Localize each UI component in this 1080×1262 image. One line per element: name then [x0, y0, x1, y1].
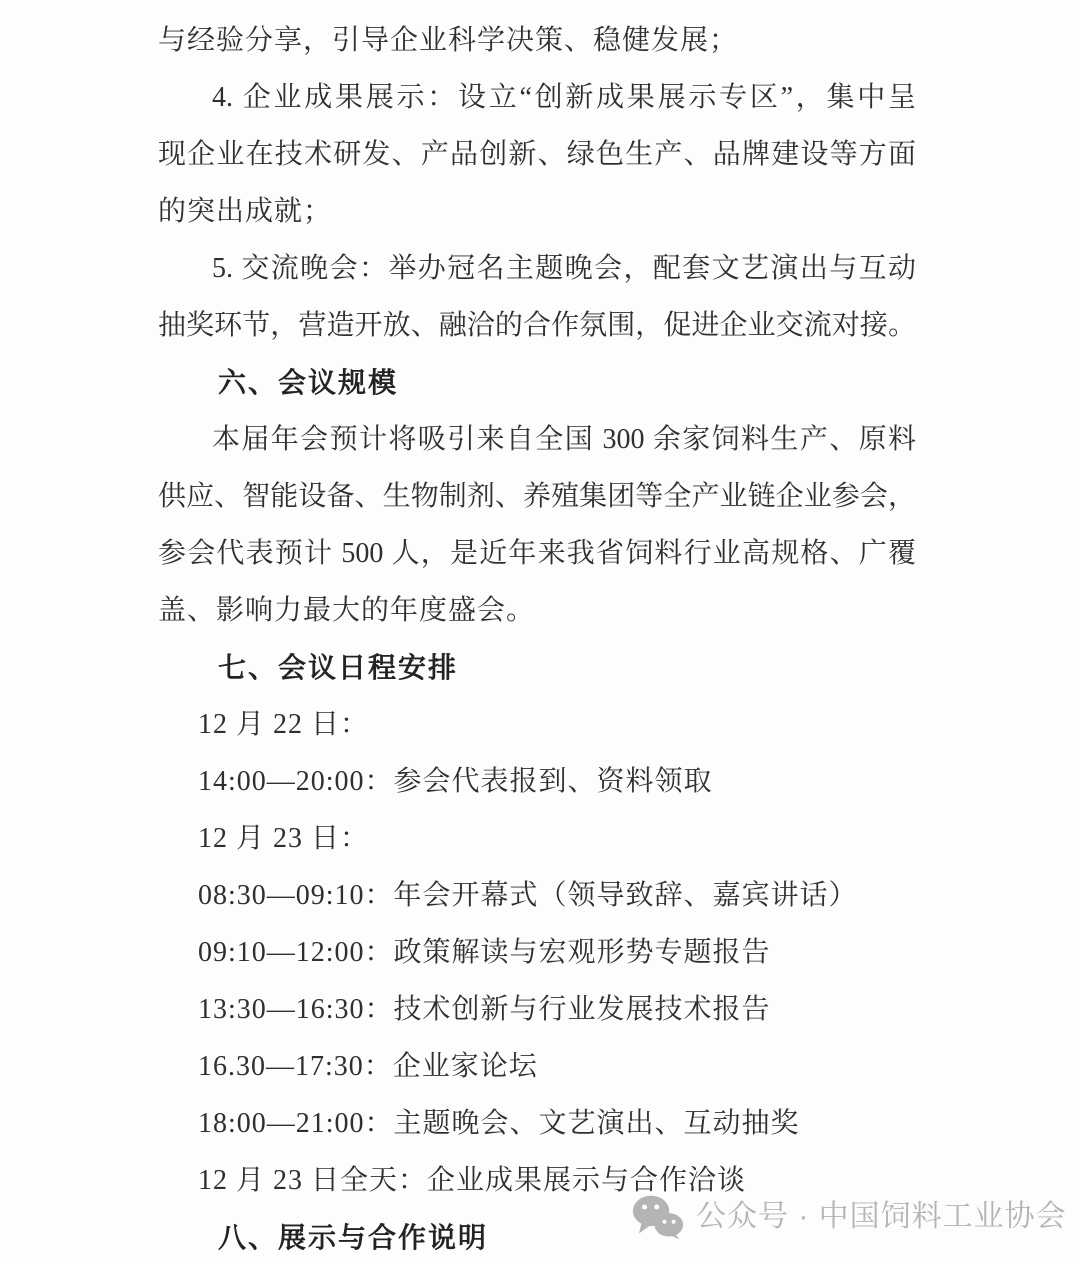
document-line: 本届年会预计将吸引来自全国 300 余家饲料生产、原料 — [158, 411, 916, 468]
document-line: 现企业在技术研发、产品创新、绿色生产、品牌建设等方面 — [158, 126, 916, 183]
document-line: 参会代表预计 500 人，是近年来我省饲料行业高规格、广覆 — [158, 525, 916, 582]
document-line: 与经验分享，引导企业科学决策、稳健发展； — [158, 12, 916, 69]
document-line: 5. 交流晚会：举办冠名主题晚会，配套文艺演出与互动 — [158, 240, 916, 297]
schedule-item: 08:30—09:10：年会开幕式（领导致辞、嘉宾讲话） — [158, 867, 916, 924]
wechat-icon — [632, 1194, 684, 1240]
document-line: 供应、智能设备、生物制剂、养殖集团等全产业链企业参会， — [158, 468, 916, 525]
schedule-date: 12 月 22 日： — [158, 696, 916, 753]
schedule-item: 16.30—17:30：企业家论坛 — [158, 1038, 916, 1095]
watermark-label: 公众号 · 中国饲料工业协会 — [696, 1194, 1067, 1240]
document-line: 抽奖环节，营造开放、融洽的合作氛围，促进企业交流对接。 — [158, 297, 916, 354]
watermark: 公众号 · 中国饲料工业协会 — [632, 1194, 1067, 1240]
schedule-item: 18:00—21:00：主题晚会、文艺演出、互动抽奖 — [158, 1095, 916, 1152]
section-heading-agenda: 七、会议日程安排 — [158, 639, 916, 696]
schedule-date: 12 月 23 日： — [158, 810, 916, 867]
section-heading-meeting-scale: 六、会议规模 — [158, 354, 916, 411]
document-line: 4. 企业成果展示：设立“创新成果展示专区”，集中呈 — [158, 69, 916, 126]
document-body: 与经验分享，引导企业科学决策、稳健发展； 4. 企业成果展示：设立“创新成果展示… — [158, 12, 916, 1262]
schedule-item: 09:10—12:00：政策解读与宏观形势专题报告 — [158, 924, 916, 981]
document-line: 的突出成就； — [158, 183, 916, 240]
document-line: 盖、影响力最大的年度盛会。 — [158, 582, 916, 639]
schedule-item: 13:30—16:30：技术创新与行业发展技术报告 — [158, 981, 916, 1038]
schedule-item: 14:00—20:00：参会代表报到、资料领取 — [158, 753, 916, 810]
document-page: 与经验分享，引导企业科学决策、稳健发展； 4. 企业成果展示：设立“创新成果展示… — [0, 0, 1080, 1262]
